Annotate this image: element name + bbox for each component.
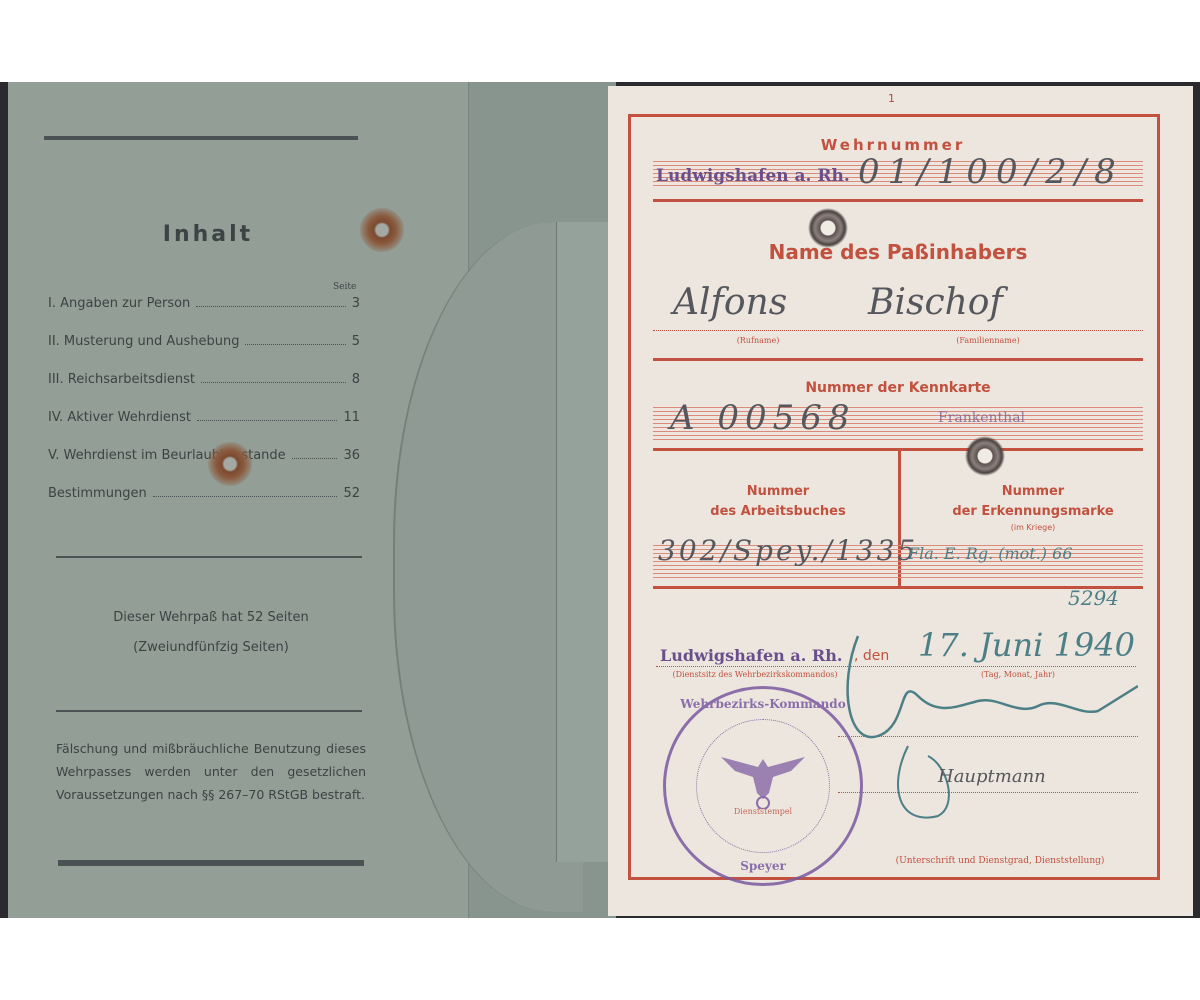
toc-entry: III. Reichsarbeitsdienst8 xyxy=(48,372,360,387)
open-booklet: Inhalt Seite I. Angaben zur Person3 II. … xyxy=(0,82,1200,918)
officer-signature xyxy=(838,626,1138,826)
toc-label: III. Reichsarbeitsdienst xyxy=(48,372,195,387)
place-stamp: Ludwigshafen a. Rh. xyxy=(660,646,842,665)
toc-page: 36 xyxy=(343,448,360,463)
toc-entry: II. Musterung und Aushebung5 xyxy=(48,334,360,349)
eyelet-icon xyxy=(965,436,1005,476)
field-rule xyxy=(653,199,1143,202)
erkennungsmarke-value: Fla. E. Rg. (mot.) 66 xyxy=(908,544,1073,563)
first-name: Alfons xyxy=(673,282,787,323)
rust-eyelet-icon xyxy=(208,442,252,486)
rust-eyelet-icon xyxy=(360,208,404,252)
toc-entry: Bestimmungen52 xyxy=(48,486,360,501)
label-line: Nummer xyxy=(668,482,888,502)
rank-line xyxy=(838,792,1138,793)
toc-page: 11 xyxy=(343,410,360,425)
label-line: Nummer xyxy=(908,482,1158,502)
wehrnummer-stamp: Ludwigshafen a. Rh. xyxy=(656,166,850,186)
name-label: Name des Paßinhabers xyxy=(748,240,1048,264)
wehrnummer-value: 01/100/2/8 xyxy=(858,152,1124,192)
first-name-caption: (Rufname) xyxy=(728,336,788,345)
official-seal-stamp: Wehrbezirks-Kommando Dienststempel Speye… xyxy=(663,686,863,886)
name-line xyxy=(653,330,1143,331)
bottom-rule xyxy=(58,860,364,866)
toc-label: Bestimmungen xyxy=(48,486,147,501)
toc-label: II. Musterung und Aushebung xyxy=(48,334,239,349)
arbeitsbuch-label: Nummer des Arbeitsbuches xyxy=(668,482,888,522)
divider xyxy=(56,710,362,712)
pocket-insert xyxy=(556,222,616,862)
page-count-line: Dieser Wehrpaß hat 52 Seiten xyxy=(56,606,366,630)
page-number: 1 xyxy=(888,92,895,105)
kennkarte-value: A 00568 xyxy=(670,398,856,438)
last-name-caption: (Familienname) xyxy=(938,336,1038,345)
kennkarte-stamp: Frankenthal xyxy=(938,410,1025,426)
toc-page: 3 xyxy=(352,296,360,311)
inside-cover: Inhalt Seite I. Angaben zur Person3 II. … xyxy=(8,82,608,918)
label-line: der Erkennungsmarke xyxy=(908,502,1158,522)
field-rule xyxy=(653,358,1143,361)
toc-page: 52 xyxy=(343,486,360,501)
page-column-label: Seite xyxy=(333,282,356,292)
page-one: 1 Wehrnummer Ludwigshafen a. Rh. 01/100/… xyxy=(608,86,1193,916)
page-count-words: (Zweiundfünfzig Seiten) xyxy=(56,636,366,660)
forgery-warning: Fälschung und mißbräuchliche Benutzung d… xyxy=(56,737,366,806)
seal-text-middle: Dienststempel xyxy=(666,807,860,816)
caption: (im Kriege) xyxy=(908,522,1158,534)
toc-entry: I. Angaben zur Person3 xyxy=(48,296,360,311)
signature-line xyxy=(838,736,1138,737)
signature-caption: (Unterschrift und Dienstgrad, Dienststel… xyxy=(870,856,1130,866)
kennkarte-label: Nummer der Kennkarte xyxy=(748,380,1048,396)
seal-text-bottom: Speyer xyxy=(666,859,860,873)
toc-label: I. Angaben zur Person xyxy=(48,296,190,311)
contents-title: Inhalt xyxy=(98,222,318,247)
arbeitsbuch-value: 302/Spey./1335 xyxy=(658,534,918,567)
top-rule xyxy=(44,136,358,140)
toc-label: IV. Aktiver Wehrdienst xyxy=(48,410,191,425)
toc-page: 8 xyxy=(352,372,360,387)
toc-entry: V. Wehrdienst im Beurlaubtenstande36 xyxy=(48,448,360,463)
seal-text-top: Wehrbezirks-Kommando xyxy=(666,697,860,711)
eagle-emblem-icon xyxy=(721,749,805,809)
place-caption: (Dienstsitz des Wehrbezirkskommandos) xyxy=(660,670,850,679)
erkennungsmarke-number: 5294 xyxy=(1068,586,1119,610)
toc-entry: IV. Aktiver Wehrdienst11 xyxy=(48,410,360,425)
label-line: des Arbeitsbuches xyxy=(668,502,888,522)
divider xyxy=(56,556,362,558)
page-count-note: Dieser Wehrpaß hat 52 Seiten (Zweiundfün… xyxy=(56,606,366,660)
last-name: Bischof xyxy=(868,282,1003,323)
officer-rank: Hauptmann xyxy=(938,766,1046,787)
erkennungsmarke-label: Nummer der Erkennungsmarke (im Kriege) xyxy=(908,482,1158,534)
toc-page: 5 xyxy=(352,334,360,349)
